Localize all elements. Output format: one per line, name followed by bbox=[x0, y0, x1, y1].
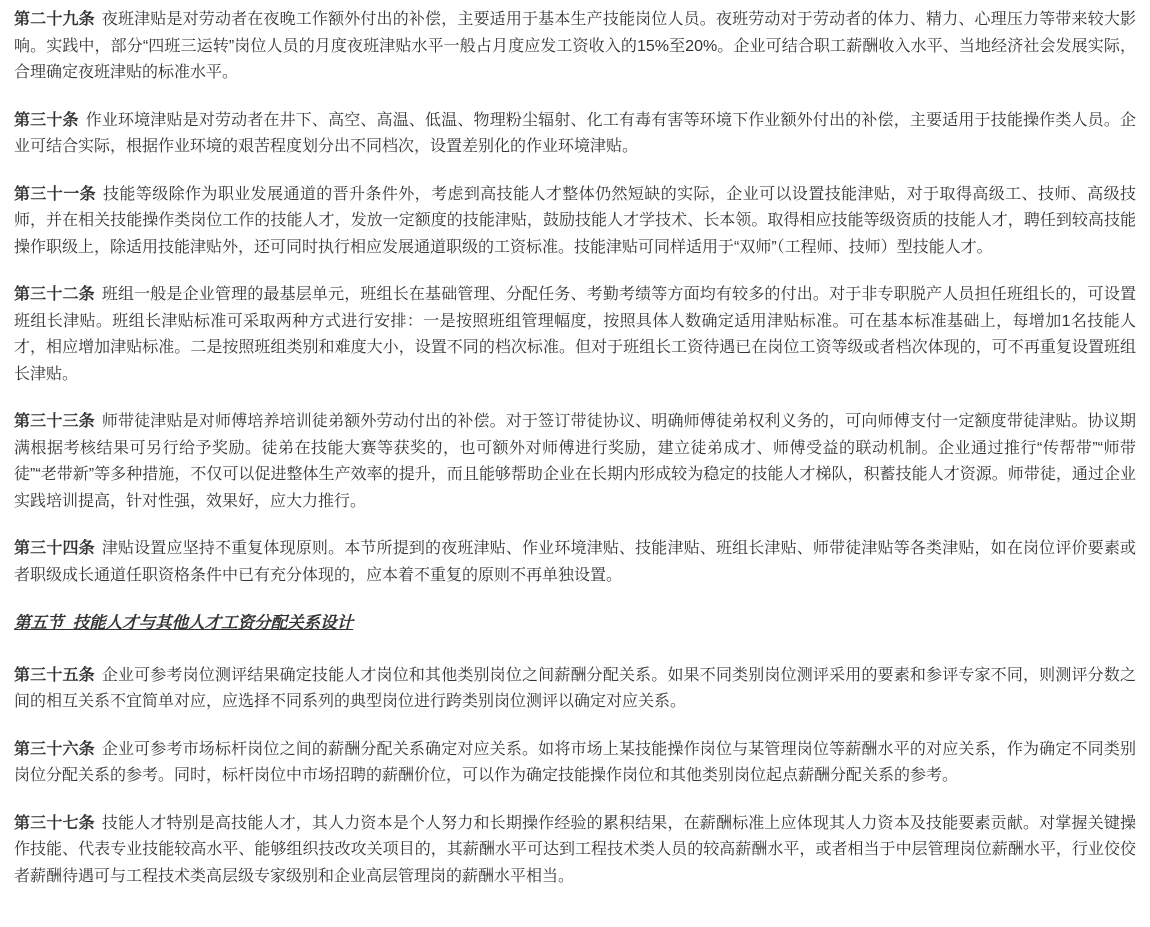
article-number: 第三十六条 bbox=[14, 741, 95, 758]
section-heading: 第五节 技能人才与其他人才工资分配关系设计 bbox=[14, 610, 1136, 637]
article-text: 技能等级除作为职业发展通道的晋升条件外，考虑到高技能人才整体仍然短缺的实际，企业… bbox=[14, 186, 1136, 256]
article-text: 班组一般是企业管理的最基层单元，班组长在基础管理、分配任务、考勤考绩等方面均有较… bbox=[14, 286, 1136, 383]
article-number: 第三十七条 bbox=[14, 815, 95, 832]
article-paragraph-36: 第三十六条企业可参考市场标杆岗位之间的薪酬分配关系确定对应关系。如将市场上某技能… bbox=[14, 737, 1136, 790]
article-paragraph-33: 第三十三条师带徒津贴是对师傅培养培训徒弟额外劳动付出的补偿。对于签订带徒协议、明… bbox=[14, 409, 1136, 515]
article-paragraph-30: 第三十条作业环境津贴是对劳动者在井下、高空、高温、低温、物理粉尘辐射、化工有毒有… bbox=[14, 108, 1136, 161]
article-text: 师带徒津贴是对师傅培养培训徒弟额外劳动付出的补偿。对于签订带徒协议、明确师傅徒弟… bbox=[14, 413, 1136, 510]
article-number: 第三十四条 bbox=[14, 540, 95, 557]
article-text: 夜班津贴是对劳动者在夜晚工作额外付出的补偿，主要适用于基本生产技能岗位人员。夜班… bbox=[14, 11, 1136, 81]
document-page: 第二十九条夜班津贴是对劳动者在夜晚工作额外付出的补偿，主要适用于基本生产技能岗位… bbox=[0, 0, 1150, 921]
article-paragraph-37: 第三十七条技能人才特别是高技能人才，其人力资本是个人努力和长期操作经验的累积结果… bbox=[14, 811, 1136, 891]
article-number: 第三十五条 bbox=[14, 667, 95, 684]
article-text: 津贴设置应坚持不重复体现原则。本节所提到的夜班津贴、作业环境津贴、技能津贴、班组… bbox=[14, 540, 1136, 584]
article-paragraph-32: 第三十二条班组一般是企业管理的最基层单元，班组长在基础管理、分配任务、考勤考绩等… bbox=[14, 282, 1136, 388]
article-number: 第二十九条 bbox=[14, 11, 95, 28]
article-text: 作业环境津贴是对劳动者在井下、高空、高温、低温、物理粉尘辐射、化工有毒有害等环境… bbox=[14, 112, 1136, 156]
article-text: 技能人才特别是高技能人才，其人力资本是个人努力和长期操作经验的累积结果，在薪酬标… bbox=[14, 815, 1136, 885]
article-number: 第三十条 bbox=[14, 112, 79, 129]
article-number: 第三十一条 bbox=[14, 186, 96, 203]
article-number: 第三十三条 bbox=[14, 413, 95, 430]
article-paragraph-34: 第三十四条津贴设置应坚持不重复体现原则。本节所提到的夜班津贴、作业环境津贴、技能… bbox=[14, 536, 1136, 589]
article-text: 企业可参考市场标杆岗位之间的薪酬分配关系确定对应关系。如将市场上某技能操作岗位与… bbox=[14, 741, 1136, 785]
article-paragraph-29: 第二十九条夜班津贴是对劳动者在夜晚工作额外付出的补偿，主要适用于基本生产技能岗位… bbox=[14, 7, 1136, 87]
article-paragraph-31: 第三十一条技能等级除作为职业发展通道的晋升条件外，考虑到高技能人才整体仍然短缺的… bbox=[14, 182, 1136, 262]
article-text: 企业可参考岗位测评结果确定技能人才岗位和其他类别岗位之间薪酬分配关系。如果不同类… bbox=[14, 667, 1136, 711]
article-number: 第三十二条 bbox=[14, 286, 95, 303]
article-paragraph-35: 第三十五条企业可参考岗位测评结果确定技能人才岗位和其他类别岗位之间薪酬分配关系。… bbox=[14, 663, 1136, 716]
